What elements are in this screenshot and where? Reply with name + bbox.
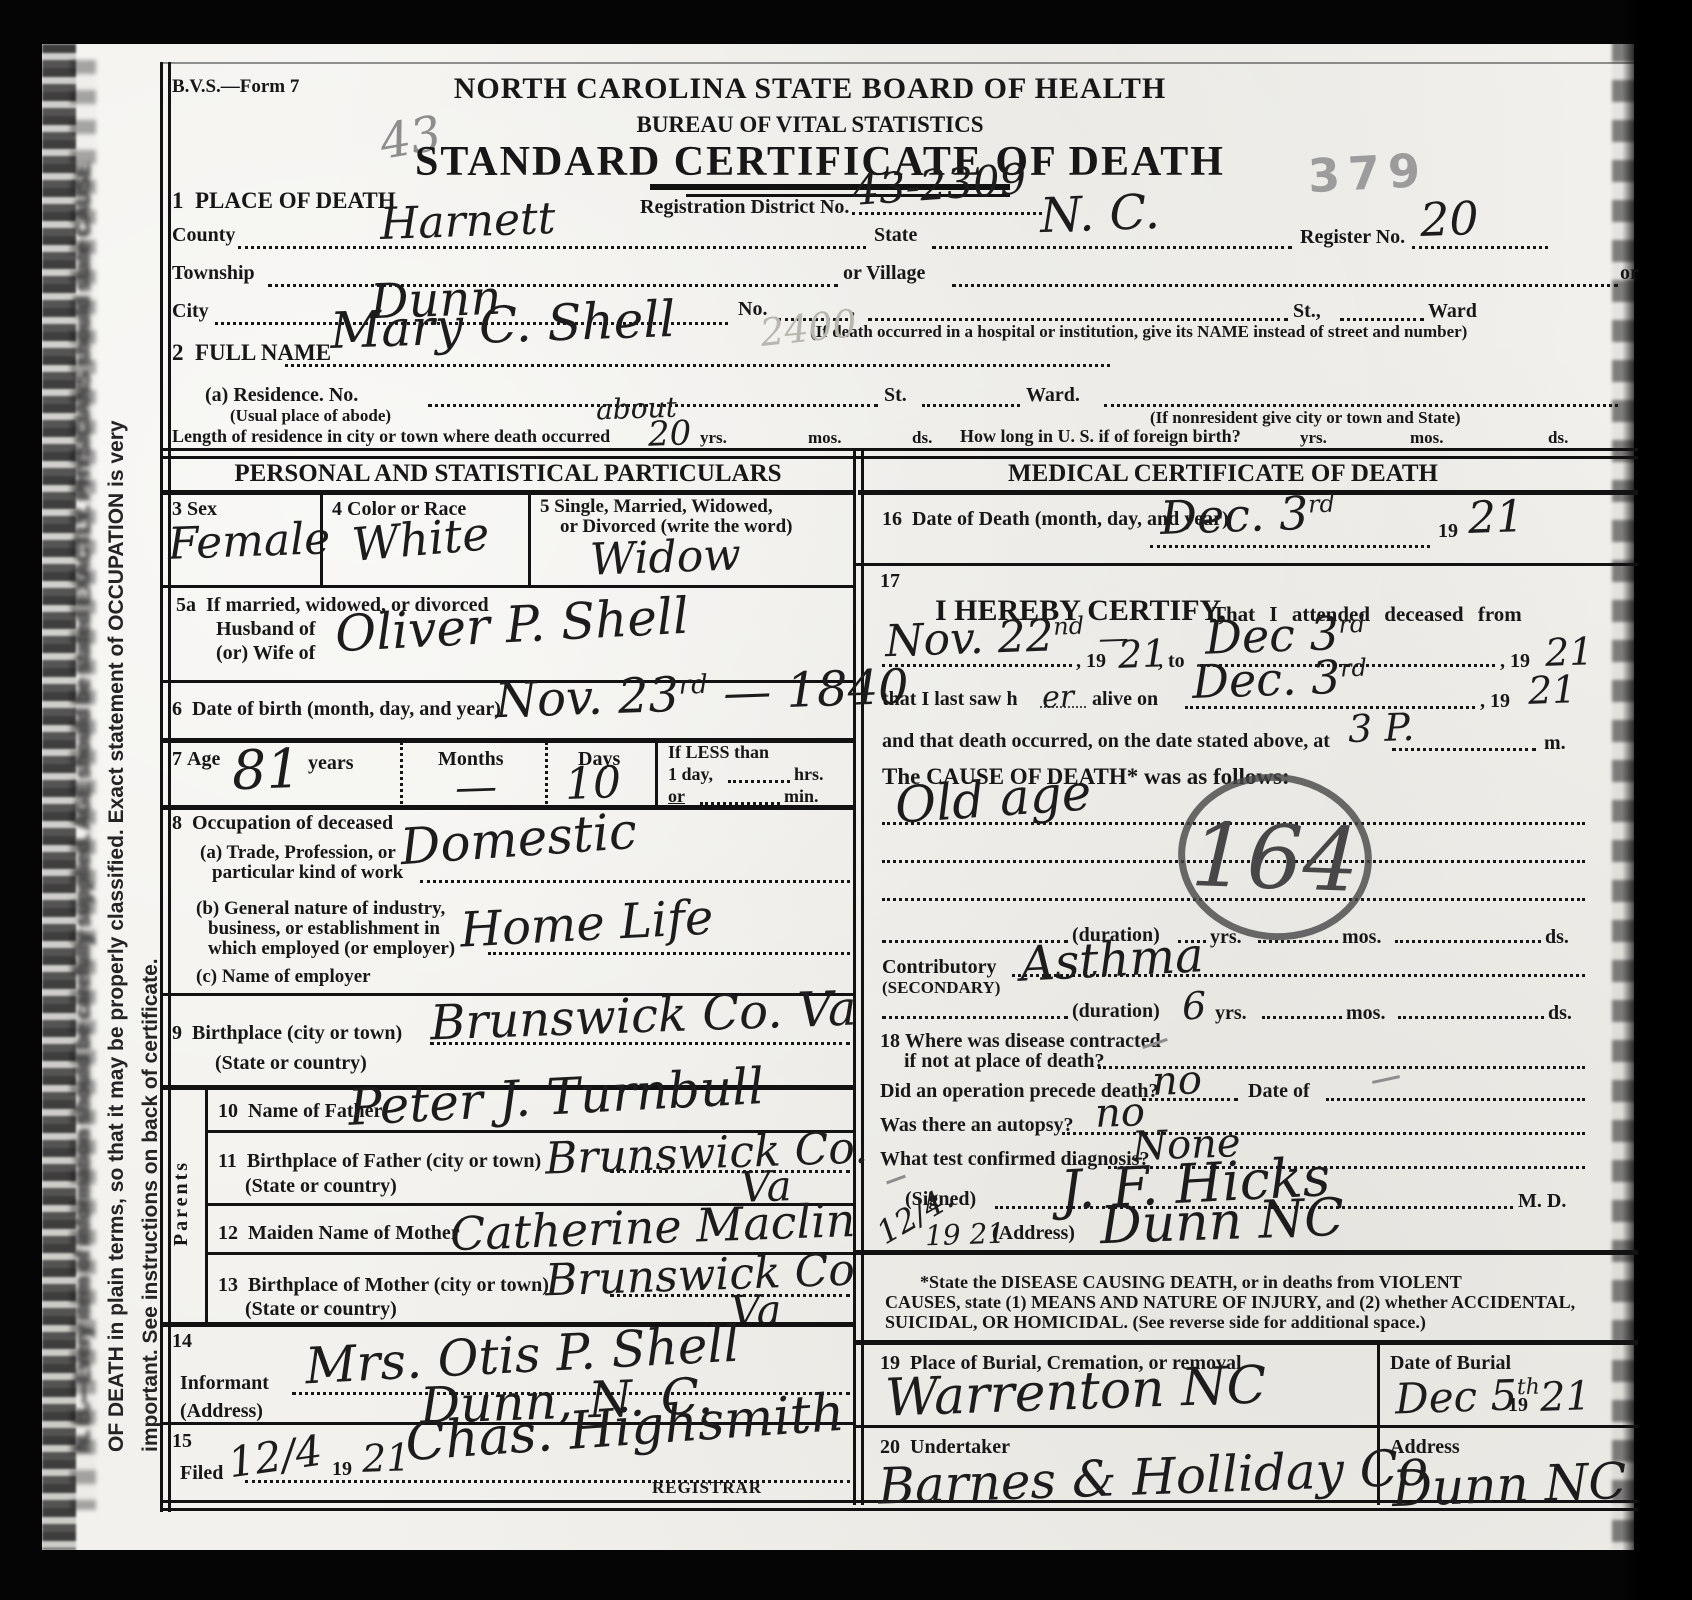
spouse-sub1: Husband of [216,618,316,641]
header-separator [160,448,1638,459]
filed-19: 19 [332,1458,352,1481]
dob-label: 6 Date of birth (month, day, and year) [172,698,501,721]
ward-label: Ward [1428,300,1477,323]
contributory-value: Asthma [1019,927,1205,993]
duration2-ds: ds. [1548,1002,1572,1025]
us-yrs: yrs. [1300,428,1327,448]
occupation-b-label-1: (b) General nature of industry, [196,898,445,920]
certificate-title: STANDARD CERTIFICATE OF DEATH [300,138,1340,186]
length-ds: ds. [912,428,932,448]
saw-year: 21 [1527,667,1577,713]
margin-note: N. B.—Every item of information should b… [66,163,168,1452]
contributory-secondary-label: (SECONDARY) [882,978,1000,998]
duration2-label: (duration) [1072,1000,1160,1023]
form-top-border [162,62,1634,64]
abode-note: (Usual place of abode) [230,406,391,426]
last-saw-label: that I last saw h [882,688,1018,711]
duration2-yrs: yrs. [1215,1002,1247,1025]
alive-on-label: alive on [1092,688,1158,711]
sex-value: Female [167,513,331,570]
nonresident-note: (If nonresident give city or town and St… [1150,408,1461,428]
informant-label: Informant [180,1372,269,1395]
signed-md-label: M. D. [1518,1190,1566,1213]
mother-birthplace-value: Brunswick Co [544,1245,855,1307]
age-min-label: min. [784,786,819,807]
footnote-line-1: *State the DISEASE CAUSING DEATH, or in … [920,1272,1462,1293]
occurred-m-label: m. [1544,732,1566,755]
form-number: B.V.S.—Form 7 [172,76,299,98]
filed-year-value: 21 [361,1435,411,1481]
full-name-label: 2 FULL NAME [172,340,331,366]
state-label: State [874,224,917,247]
state-line [932,246,1292,249]
age-divider-2 [545,742,548,804]
personal-title-underline [162,490,853,495]
city-label: City [172,300,209,323]
residence-ward-line [1104,404,1618,407]
occupation-label: 8 Occupation of deceased [172,812,393,835]
residence-ward-label: Ward. [1026,384,1080,407]
occurred-line [1392,748,1536,751]
medical-section-title: MEDICAL CERTIFICATE OF DEATH [858,460,1588,488]
margin-note-line1: N. B.—Every item of information should b… [66,163,100,1452]
age-divider-1 [400,742,403,804]
signed-address-value: Dunn NC [1099,1188,1345,1256]
place-of-death-label: 1 PLACE OF DEATH [172,188,396,214]
occupation-a-label-2: particular kind of work [212,862,403,884]
right-scan-edge [1622,0,1692,1600]
residence-st-label: St. [884,384,907,407]
occupation-b-label-3: which employed (or employer) [208,938,455,960]
dod-value: Dec. 3rd [1159,485,1336,545]
last-saw-value: Dec. 3rd [1191,649,1368,709]
register-no-label: Register No. [1300,226,1405,249]
footnote-line-3: SUICIDAL, OR HOMICIDAL. (See reverse sid… [885,1312,1426,1333]
sex-race-divider [320,495,323,585]
age-hrs-label: hrs. [794,764,824,785]
residence-label: (a) Residence. No. [205,384,358,407]
duration-line-c [1395,940,1541,943]
occupation-c-label: (c) Name of employer [196,966,371,988]
dod-line [1150,545,1430,548]
pencil-code-value: 164 [1189,803,1360,912]
signed-address-label: (Address) [992,1222,1075,1245]
county-line [238,246,866,249]
certify-num: 17 [880,570,900,593]
burial-19: 19 [1508,1394,1528,1417]
occupation-a-label-1: (a) Trade, Profession, or [200,842,396,864]
age-less-label-1: If LESS than [668,742,769,763]
duration-mos: mos. [1342,926,1381,949]
footnote-bottom-line [856,1340,1638,1345]
age-years-label: years [308,752,354,775]
contributory-duration-value: 6 [1181,984,1207,1029]
row16-bottom-line [856,563,1638,566]
marital-label-1: 5 Single, Married, Widowed, [540,496,773,518]
undertaker-address-value: Dunn NC [1391,1452,1627,1518]
us-mos: mos. [1410,428,1444,448]
occupation-b-label-2: business, or establishment in [208,918,440,940]
undertaker-address-label: Address [1390,1436,1460,1459]
duration-yrs: yrs. [1210,926,1242,949]
duration-ds: ds. [1545,926,1569,949]
informant-num: 14 [172,1330,192,1353]
county-value: Harnett [379,193,556,250]
column-divider [853,448,864,1505]
or-village-label: or Village [843,262,925,285]
birthplace-label: 9 Birthplace (city or town) [172,1022,402,1045]
signed-bottom-line [856,1250,1638,1255]
or-tail-label: or [1620,262,1639,285]
autopsy-label: Was there an autopsy? [880,1114,1074,1137]
age-label: 7 Age [172,748,220,771]
duration2-line-c [1398,1016,1544,1019]
marital-value: Widow [589,529,742,585]
duration2-mos: mos. [1346,1002,1385,1025]
from-19: , 19 [1076,650,1106,673]
contributory-label: Contributory [882,956,996,979]
county-label: County [172,224,235,247]
state-value: N. C. [1039,184,1161,244]
q18-label-2: if not at place of death? [904,1050,1105,1073]
spouse-sub2: (or) Wife of [216,642,315,665]
mother-birthplace-sub: (State or country) [245,1298,397,1321]
father-birthplace-label: 11 Birthplace of Father (city or town) [218,1150,541,1173]
duration2-line-b [1262,1016,1342,1019]
age-divider-3 [655,740,658,805]
dod-year: 21 [1467,491,1525,544]
to-line-2 [1355,664,1495,667]
operation-date-line [1326,1098,1585,1101]
occupation-a-line [420,880,850,883]
margin-note-line2: OF DEATH in plain terms, so that it may … [100,163,134,1452]
mother-birthplace-label: 13 Birthplace of Mother (city or town) [218,1274,549,1297]
registrar-label: REGISTRAR [652,1478,762,1498]
village-line [952,284,1618,287]
hospital-note: (If death occurred in a hospital or inst… [810,322,1467,342]
row5-bottom-line [162,585,853,588]
operation-line [1142,1098,1238,1101]
footnote-line-2: CAUSES, state (1) MEANS AND NATURE OF IN… [885,1292,1575,1313]
personal-section-title: PERSONAL AND STATISTICAL PARTICULARS [162,460,854,488]
to-19: , 19 [1500,650,1530,673]
operation-date-label: Date of [1248,1080,1310,1103]
informant-address-label: (Address) [180,1400,263,1423]
dod-19: 19 [1438,520,1458,543]
filed-label: Filed [180,1462,223,1485]
certificate-scan: N. B.—Every item of information should b… [0,0,1692,1600]
full-name-line [285,364,1110,367]
occurred-time-value: 3 P. [1347,705,1415,751]
duration-line-b [1258,940,1338,943]
from-line [882,664,1072,667]
us-length-label: How long in U. S. if of foreign birth? [960,426,1241,447]
row19-bottom-line [856,1425,1638,1428]
st-label: St., [1293,300,1321,323]
township-label: Township [172,262,255,285]
burial-year: 21 [1539,1373,1591,1421]
board-title: NORTH CAROLINA STATE BOARD OF HEALTH [340,72,1280,106]
reg-district-label: Registration District No. [640,196,849,219]
last-saw-her: er [1041,679,1074,715]
to-label: , to [1158,650,1185,673]
age-years-value: 81 [231,737,302,802]
bureau-title: BUREAU OF VITAL STATISTICS [340,112,1280,138]
us-ds: ds. [1548,428,1568,448]
length-label: Length of residence in city or town wher… [172,426,610,447]
length-mos: mos. [808,428,842,448]
age-hrs-line [728,780,790,783]
st-line [1340,318,1424,321]
full-name-value: Mary C. Shell [329,290,676,360]
stamp-number: 379 [1307,143,1430,203]
filed-num: 15 [172,1430,192,1453]
saw-19: , 19 [1480,690,1510,713]
age-or-label: or [668,786,685,807]
township-line [268,284,838,287]
duration2-line-lead [882,1016,1068,1019]
street-line [868,318,1288,321]
row7-bottom-line [162,805,853,810]
age-less-label-2: 1 day, [668,764,713,785]
age-days-value: 10 [564,757,622,810]
birthplace-sub-label: (State or country) [215,1052,367,1075]
occurred-label: and that death occurred, on the date sta… [882,730,1330,753]
place-num: 1 [172,188,184,213]
father-birthplace-sub: (State or country) [245,1175,397,1198]
mother-name-label: 12 Maiden Name of Mother [218,1222,460,1245]
register-no-value: 20 [1419,191,1479,247]
race-marital-divider [528,495,531,585]
residence-st-line [922,404,1020,407]
parents-vertical-label: Parents [170,1088,193,1318]
length-yrs: yrs. [700,428,727,448]
